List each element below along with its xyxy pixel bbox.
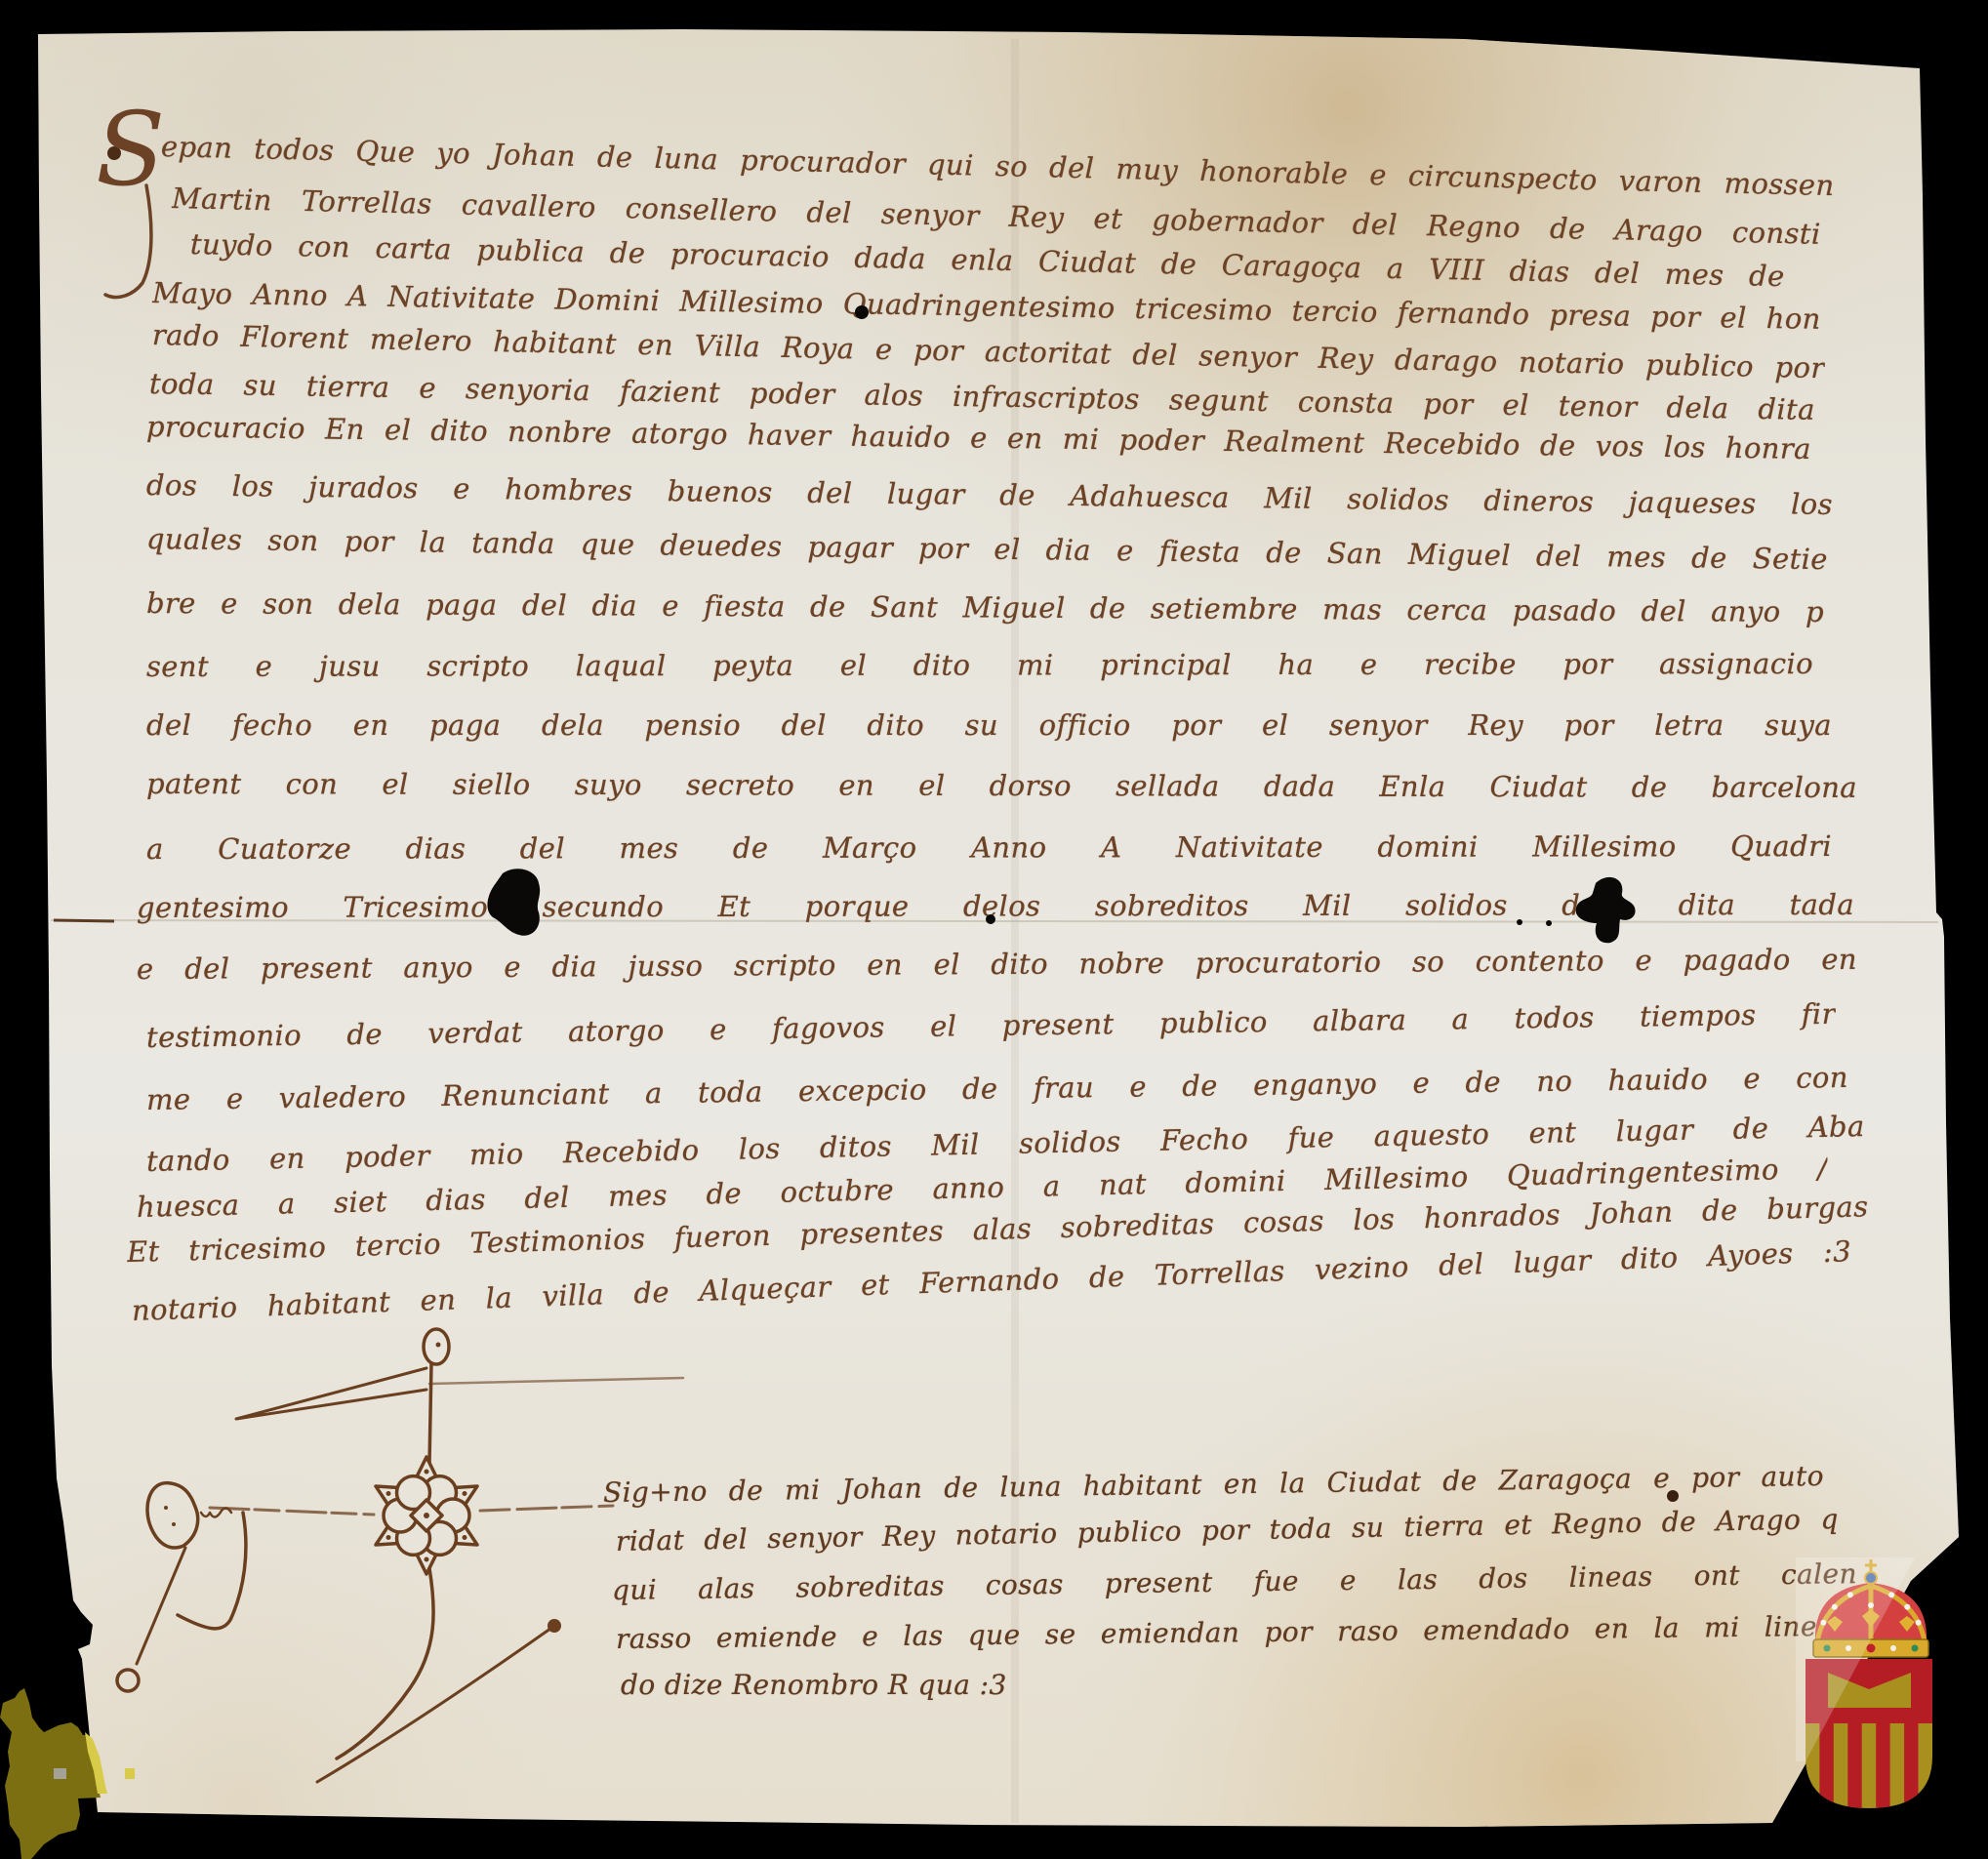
region-logo-icon [0, 1688, 135, 1859]
overlay-layer [0, 0, 1988, 1859]
hole [487, 869, 540, 936]
document-photo: S epan todos Que yo Johan de luna procur… [0, 0, 1988, 1859]
ink-blot [1667, 1490, 1679, 1502]
hole [1576, 877, 1636, 943]
coat-of-arms-icon [1796, 1557, 1932, 1811]
worm-holes [487, 305, 1635, 943]
